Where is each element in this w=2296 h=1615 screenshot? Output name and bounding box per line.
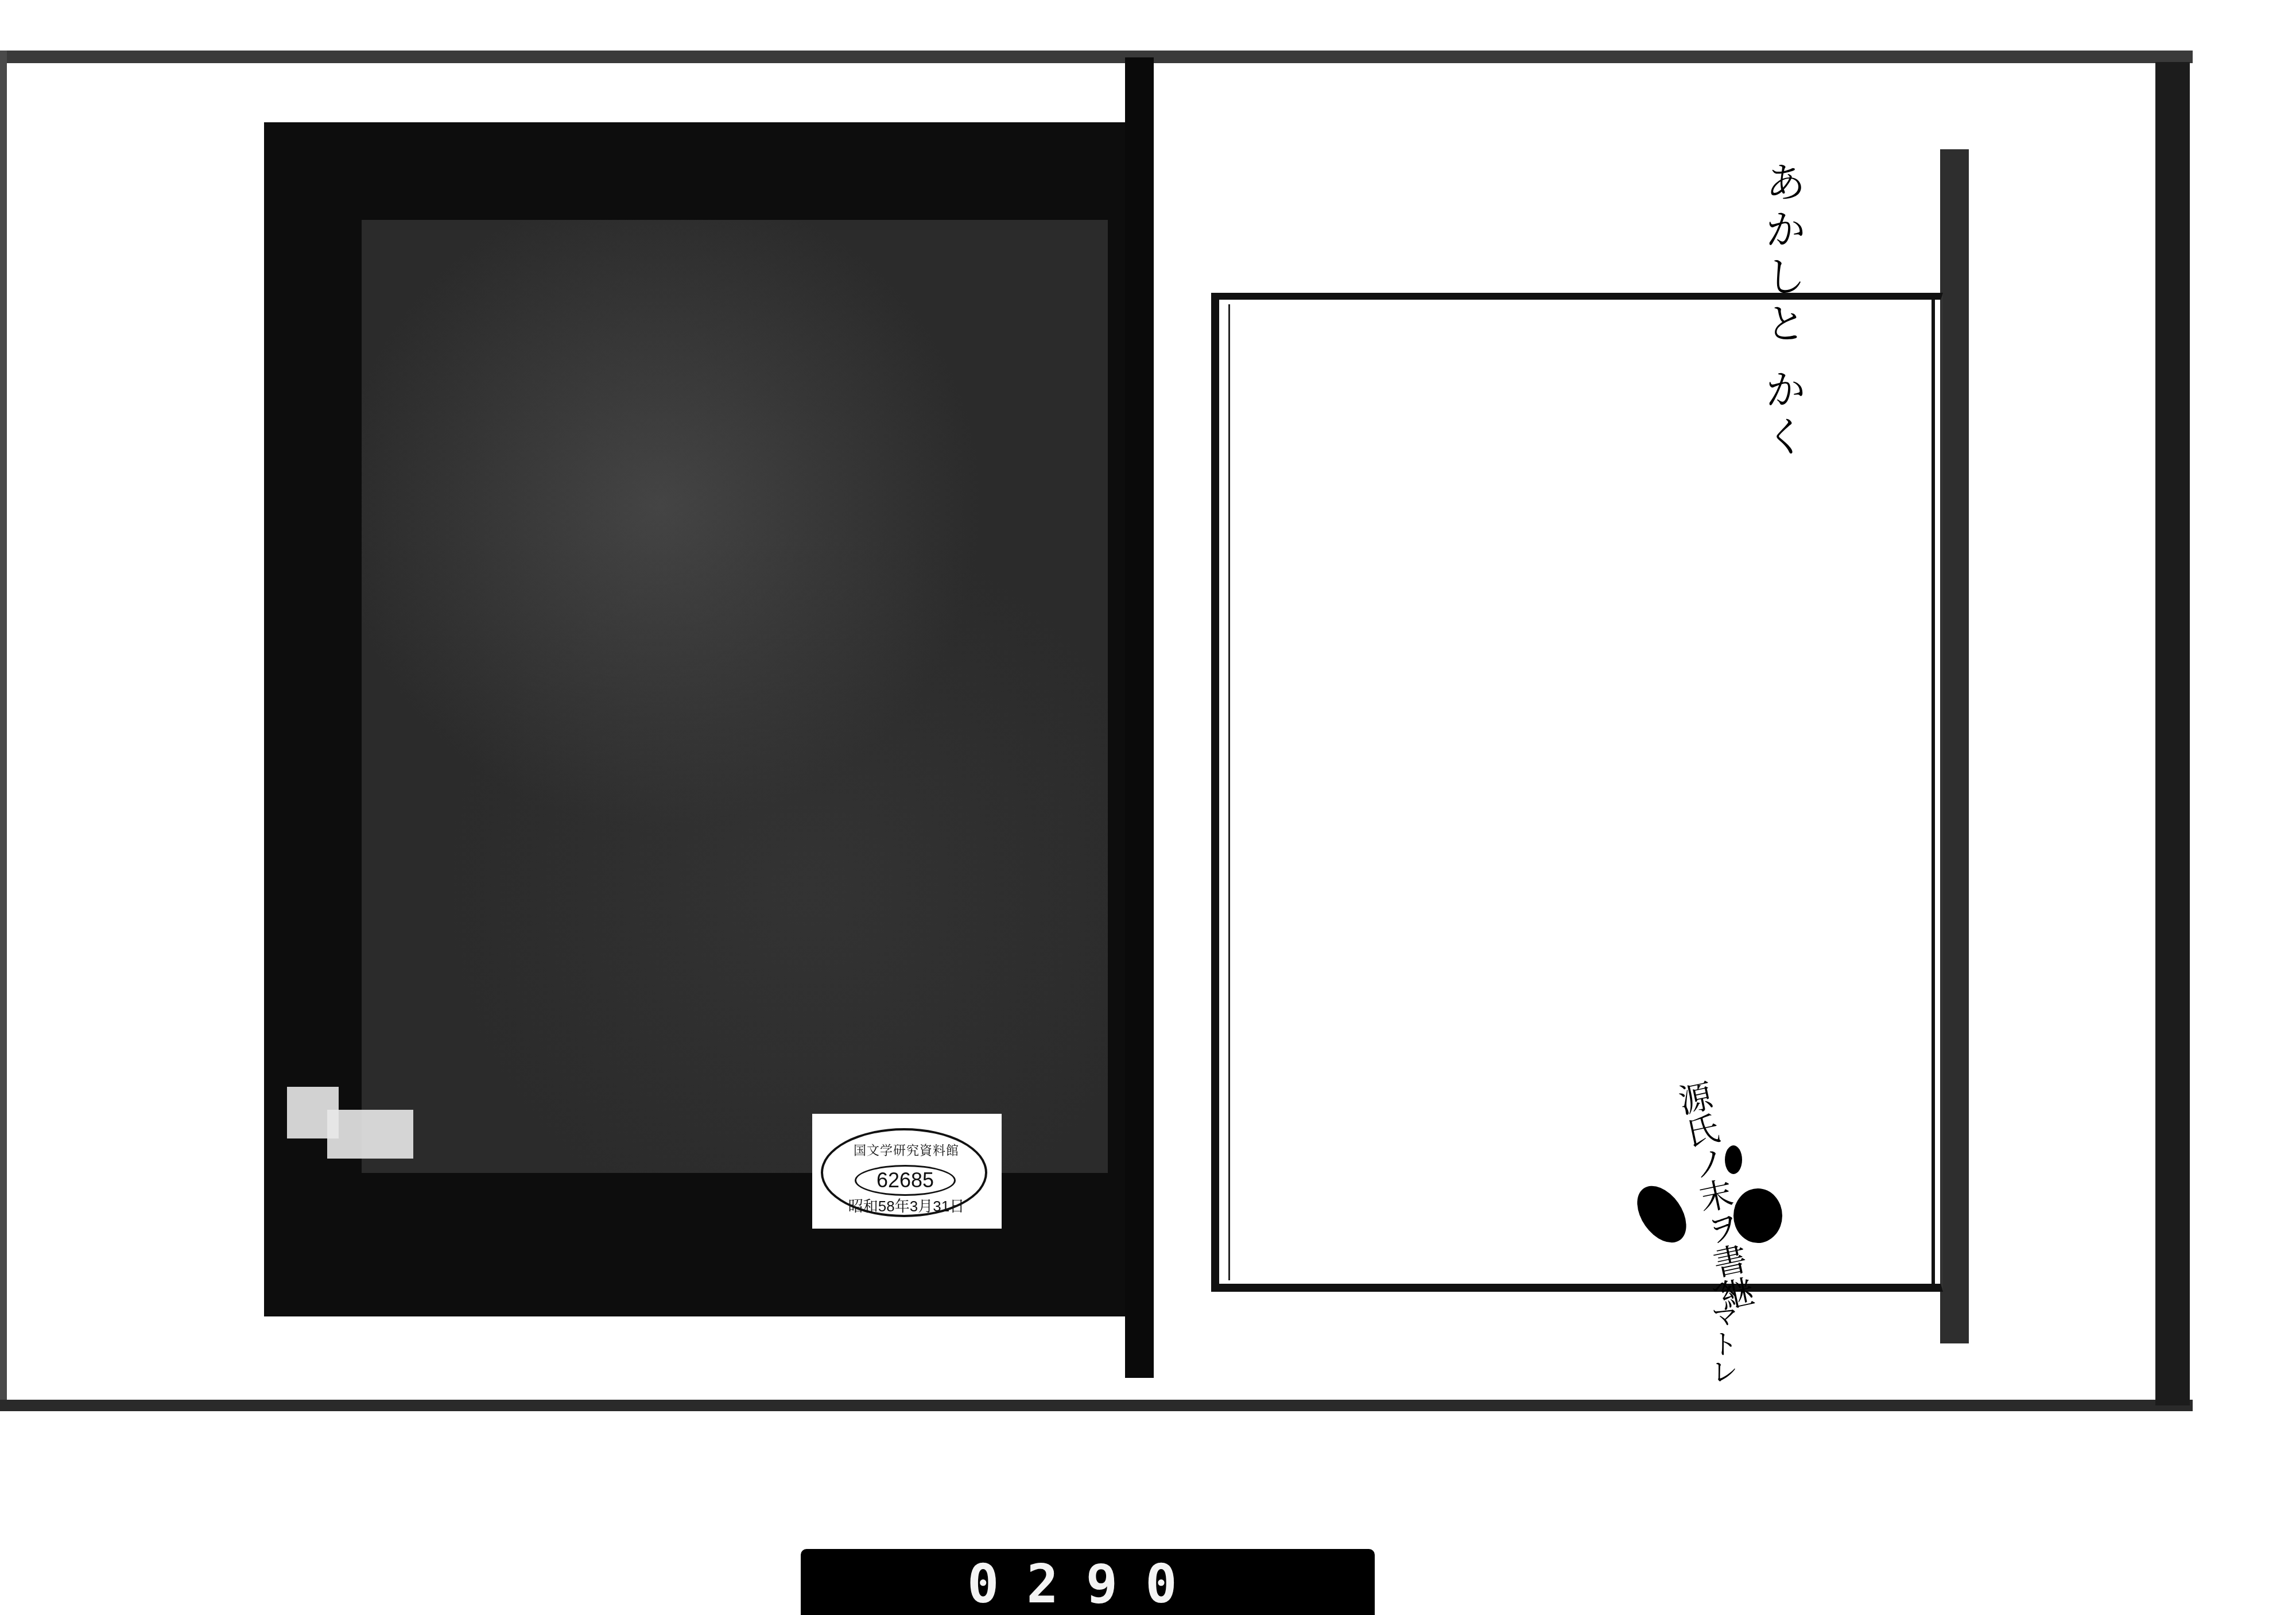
book-cover <box>264 122 1137 1316</box>
handwritten-title: あかしと かく <box>1756 161 1808 462</box>
page-edge <box>1940 149 1969 1343</box>
library-stamp-label: 国文学研究資料館 62685 昭和58年3月31日 <box>812 1114 1002 1229</box>
stamp-date: 昭和58年3月31日 <box>840 1195 972 1216</box>
library-stamp: 国文学研究資料館 62685 昭和58年3月31日 <box>821 1128 987 1217</box>
frame-number: 0290 <box>967 1554 1205 1615</box>
frame-border-right <box>2155 62 2190 1405</box>
stamp-accession-number: 62685 <box>855 1165 956 1196</box>
cover-paper-panel <box>362 220 1108 1173</box>
book-spine <box>1125 57 1154 1378</box>
frame-border-bottom <box>0 1400 2193 1411</box>
ink-blot <box>1733 1188 1782 1243</box>
text-frame-inner-rule <box>1228 304 1230 1280</box>
text-frame-border <box>1211 293 1943 1292</box>
stamp-institution: 国文学研究資料館 <box>846 1141 967 1159</box>
cover-damage <box>327 1110 413 1159</box>
ink-blot <box>1725 1145 1742 1174</box>
frame-border-top <box>0 51 2193 63</box>
frame-border-left <box>0 51 7 1411</box>
handwritten-katakana-note: ヘマトレ <box>1705 1275 1739 1385</box>
film-frame-counter: 0290 <box>801 1549 1375 1615</box>
